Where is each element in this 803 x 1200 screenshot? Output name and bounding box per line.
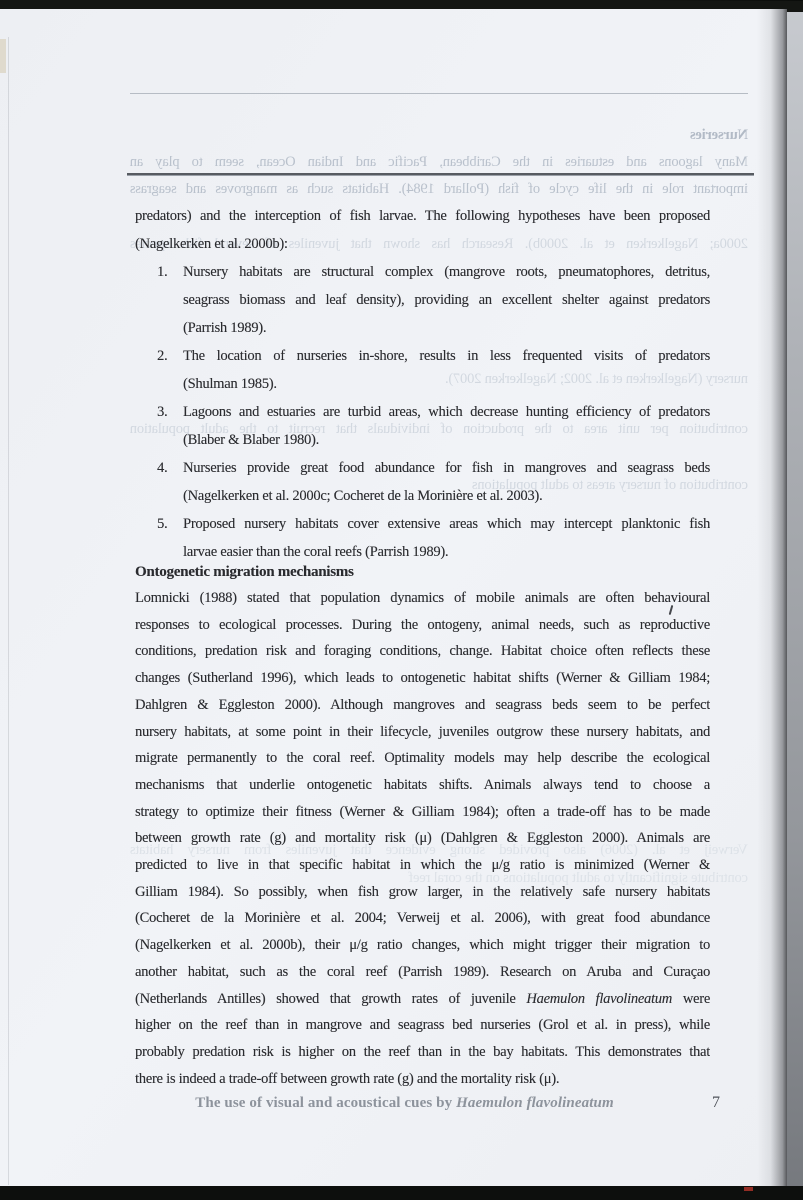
- hypothesis-item-4: 4. Nurseries provide great food abundanc…: [135, 454, 710, 510]
- para-line: Gilliam 1984). So possibly, when fish gr…: [135, 879, 710, 906]
- top-rule: [127, 173, 754, 176]
- para-line: nursery habitats, at some point in their…: [135, 719, 710, 746]
- para-line: another habitat, such as the coral reef …: [135, 959, 710, 986]
- list-line: Nurseries provide great food abundance f…: [183, 454, 710, 482]
- para-line: there is indeed a trade-off between grow…: [135, 1066, 710, 1093]
- footer-title-text: The use of visual and acoustical cues by: [195, 1095, 452, 1111]
- list-line: Proposed nursery habitats cover extensiv…: [183, 510, 710, 538]
- para-line: higher on the reef than in mangrove and …: [135, 1012, 710, 1039]
- footer-running-title: The use of visual and acoustical cues by…: [117, 1095, 692, 1112]
- para-line: probably predation risk is higher on the…: [135, 1039, 710, 1066]
- list-line: Nursery habitats are structural complex …: [183, 258, 710, 286]
- page-edge-sliver: [0, 39, 6, 73]
- para-line: between growth rate (g) and mortality ri…: [135, 825, 710, 852]
- list-number: 1.: [157, 258, 167, 286]
- list-line: The location of nurseries in-shore, resu…: [183, 342, 710, 370]
- para-line: migrate permanently to the coral reef. O…: [135, 745, 710, 772]
- intro-paragraph: predators) and the interception of fish …: [135, 202, 710, 258]
- para-line: (Nagelkerken et al. 2000b), their μ/g ra…: [135, 932, 710, 959]
- para-line: Dahlgren & Eggleston 2000). Although man…: [135, 692, 710, 719]
- section-heading: Ontogenetic migration mechanisms: [135, 558, 710, 586]
- para-line: responses to ecological processes. Durin…: [135, 612, 710, 639]
- hypothesis-item-2: 2. The location of nurseries in-shore, r…: [135, 342, 710, 398]
- para-line: strategy to optimize their fitness (Wern…: [135, 799, 710, 826]
- hypothesis-item-3: 3. Lagoons and estuaries are turbid area…: [135, 398, 710, 454]
- list-line: (Blaber & Blaber 1980).: [183, 426, 710, 454]
- intro-line: predators) and the interception of fish …: [135, 202, 710, 230]
- para-line-segment: were: [683, 991, 710, 1007]
- para-line: changes (Sutherland 1996), which leads t…: [135, 665, 710, 692]
- page-number: 7: [700, 1094, 732, 1112]
- list-line: Lagoons and estuaries are turbid areas, …: [183, 398, 710, 426]
- faint-rule: [130, 93, 748, 94]
- para-line: mechanisms that underlie ontogenetic hab…: [135, 772, 710, 799]
- para-line: Lomnicki (1988) stated that population d…: [135, 585, 710, 612]
- list-number: 5.: [157, 510, 167, 538]
- page-curl-shadow: [757, 9, 787, 1187]
- bleedthrough-line: Many lagoons and estuaries in the Caribb…: [130, 149, 748, 176]
- book-page-edge: [787, 12, 803, 1188]
- bleedthrough-heading: Nurseries: [130, 122, 800, 149]
- hypotheses-list: 1. Nursery habitats are structural compl…: [135, 258, 710, 566]
- scan-border-bottom: [0, 1186, 803, 1200]
- para-line: (Cocheret de la Morinière et al. 2004; V…: [135, 905, 710, 932]
- page: Nurseries Many lagoons and estuaries in …: [0, 9, 787, 1187]
- bleedthrough-line: important role in the life cycle of fish…: [130, 176, 748, 203]
- list-line: (Nagelkerken et al. 2000c; Cocheret de l…: [183, 482, 710, 510]
- red-scan-mark: [744, 1187, 753, 1191]
- species-name-italic: Haemulon flavolineatum: [526, 991, 672, 1007]
- page-fold-line: [8, 37, 9, 1185]
- para-line-segment: (Netherlands Antilles) showed that growt…: [135, 991, 516, 1007]
- intro-line: (Nagelkerken et al. 2000b):: [135, 230, 710, 258]
- list-number: 3.: [157, 398, 167, 426]
- list-number: 4.: [157, 454, 167, 482]
- para-line: predicted to live in that specific habit…: [135, 852, 710, 879]
- list-line: (Shulman 1985).: [183, 370, 710, 398]
- list-line: (Parrish 1989).: [183, 314, 710, 342]
- para-line-with-species: (Netherlands Antilles) showed that growt…: [135, 986, 710, 1013]
- list-number: 2.: [157, 342, 167, 370]
- list-line: seagrass biomass and leaf density), prov…: [183, 286, 710, 314]
- hypothesis-item-1: 1. Nursery habitats are structural compl…: [135, 258, 710, 342]
- footer-species-italic: Haemulon flavolineatum: [456, 1095, 614, 1111]
- para-line: conditions, predation risk and foraging …: [135, 638, 710, 665]
- scanned-page-photo: Nurseries Many lagoons and estuaries in …: [0, 0, 803, 1200]
- main-paragraph: Lomnicki (1988) stated that population d…: [135, 585, 710, 1092]
